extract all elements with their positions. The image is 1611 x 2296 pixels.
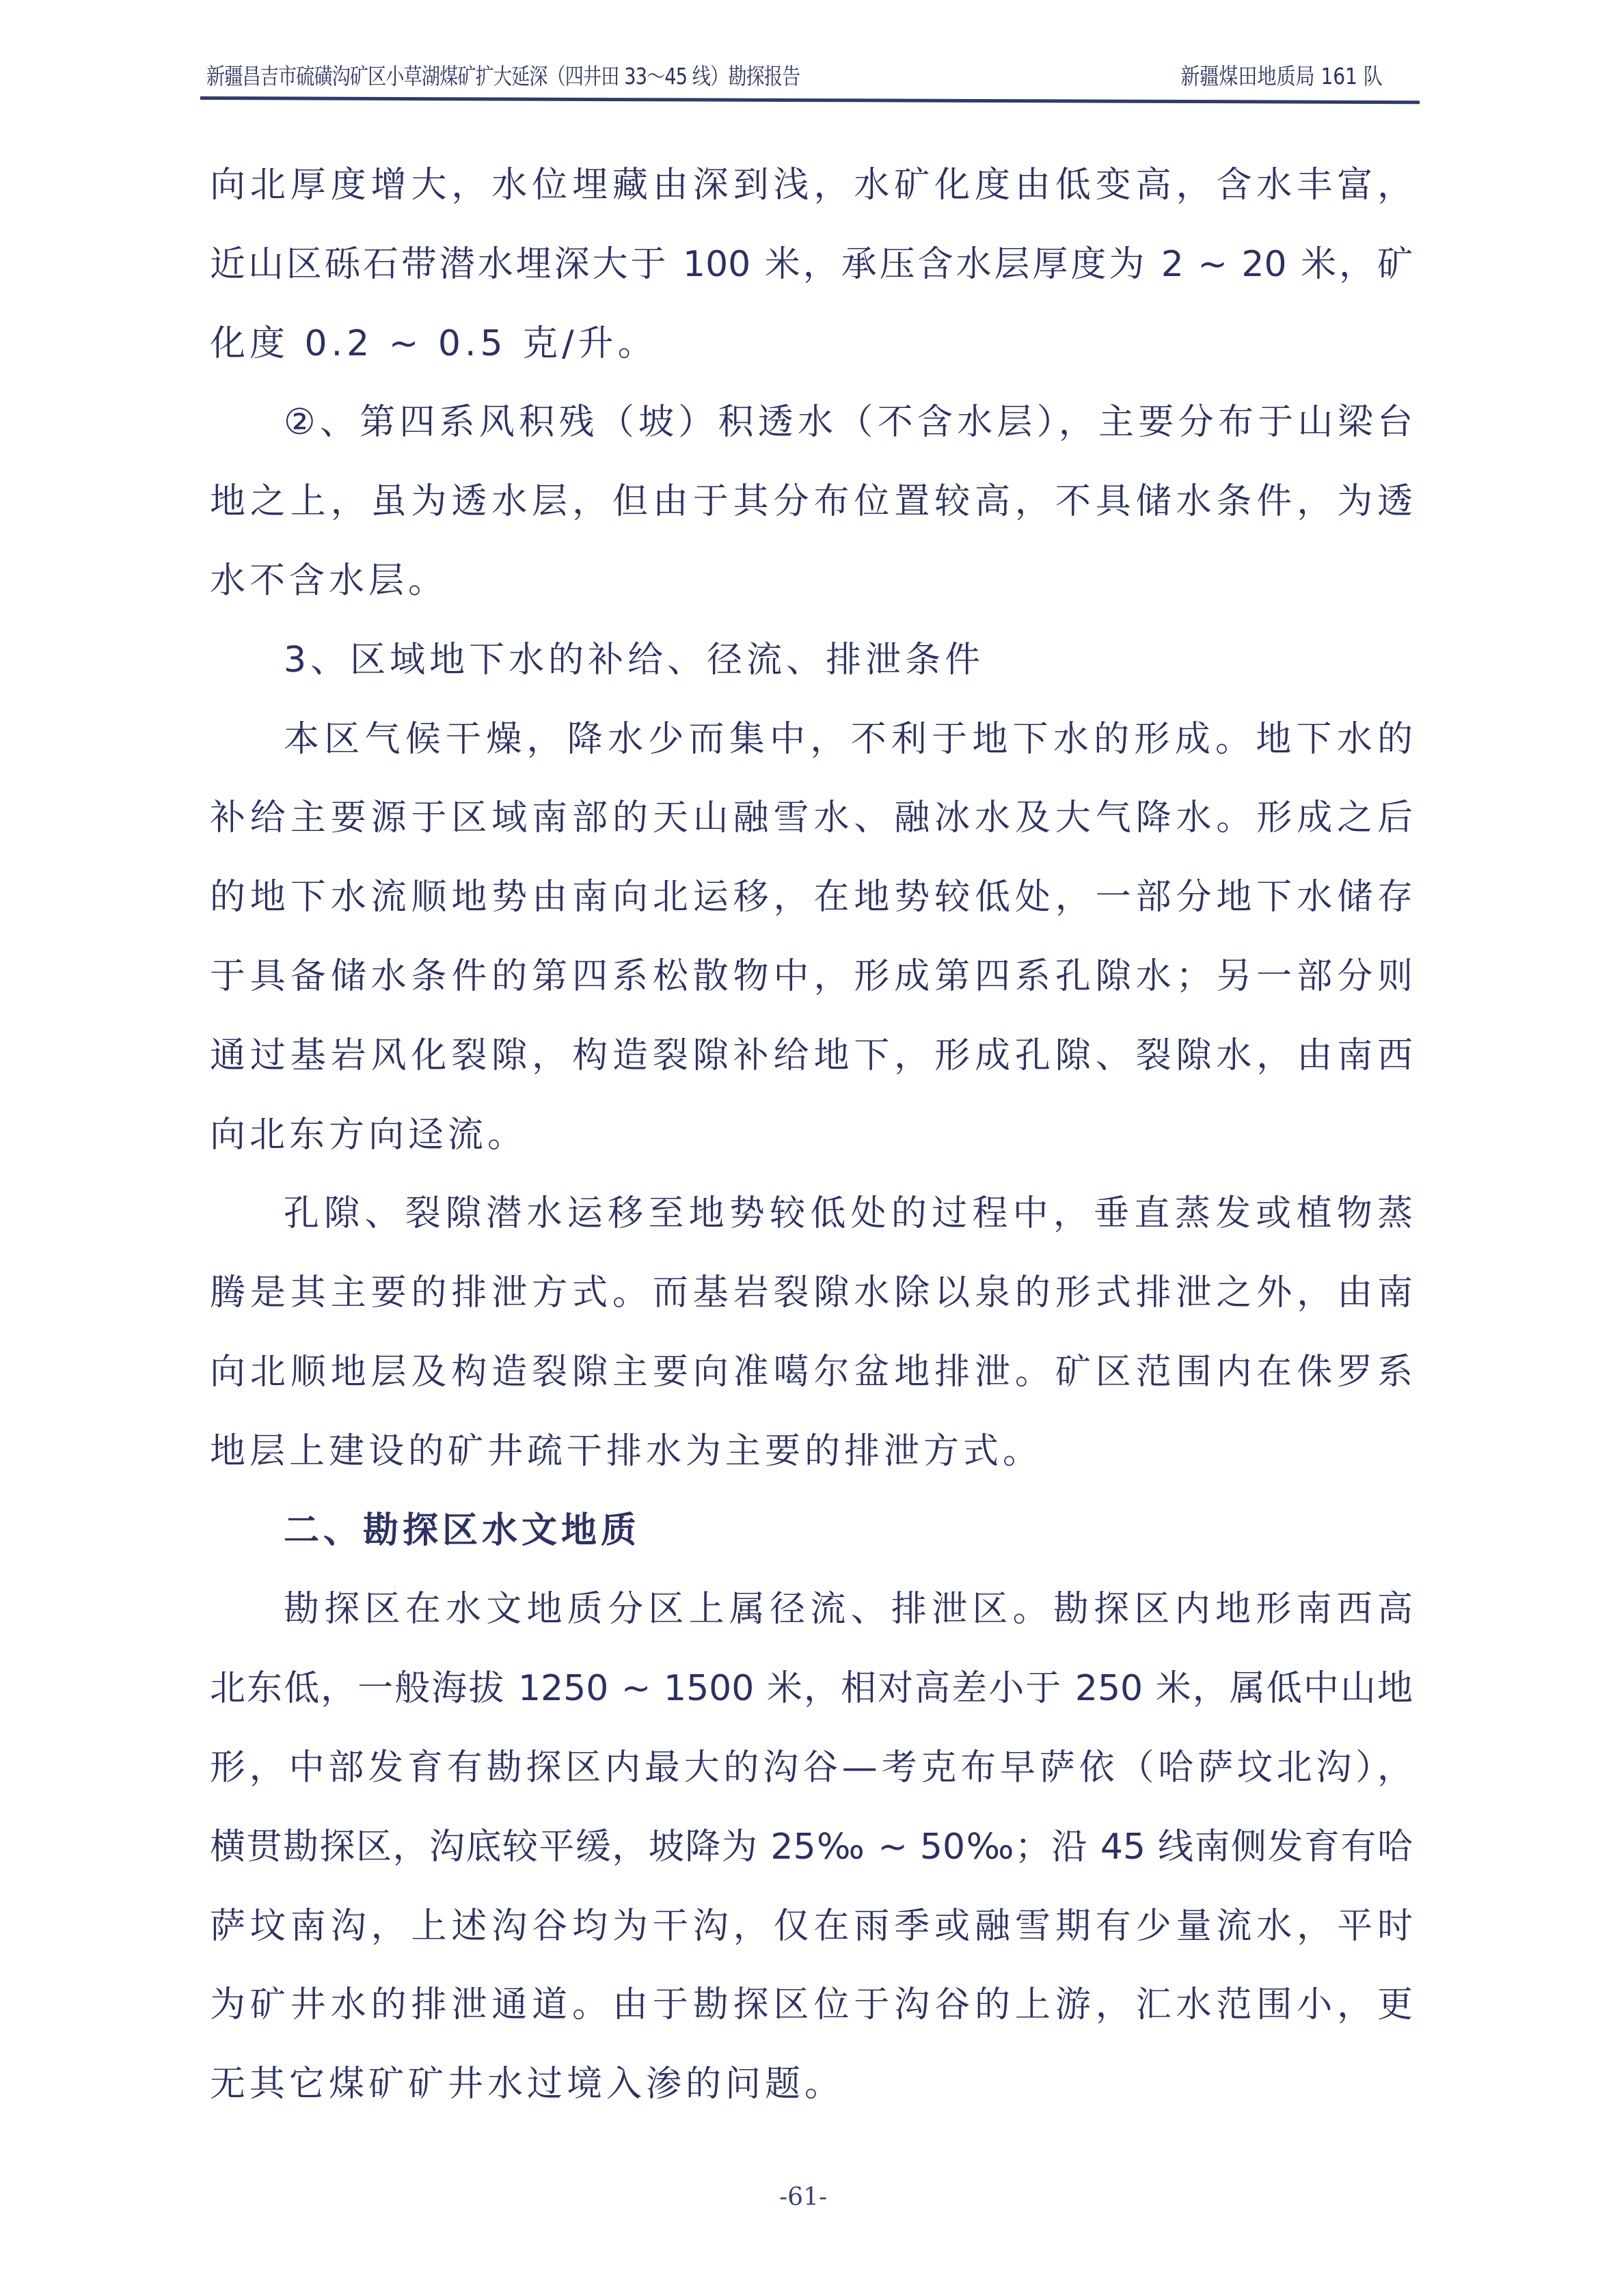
- subsection-heading: 3、区域地下水的补给、径流、排泄条件: [210, 639, 1413, 718]
- text-line: 化度 0.2 ~ 0.5 克/升。: [210, 323, 1413, 402]
- text-line: 横贯勘探区，沟底较平缓，坡降为 25‰ ~ 50‰；沿 45 线南侧发育有哈: [210, 1826, 1413, 1905]
- text-line: 腾是其主要的排泄方式。而基岩裂隙水除以泉的形式排泄之外，由南: [210, 1272, 1413, 1351]
- document-body: 向北厚度增大，水位埋藏由深到浅，水矿化度由低变高，含水丰富， 近山区砾石带潜水埋…: [210, 164, 1413, 2142]
- header-rule: [200, 96, 1420, 104]
- text-line: 补给主要源于区域南部的天山融雪水、融冰水及大气降水。形成之后: [210, 797, 1413, 876]
- text-line: 水不含水层。: [210, 560, 1413, 639]
- text-line: 地层上建设的矿井疏干排水为主要的排泄方式。: [210, 1430, 1413, 1509]
- text-line: 于具备储水条件的第四系松散物中，形成第四系孔隙水；另一部分则: [210, 955, 1413, 1035]
- text-line: 勘探区在水文地质分区上属径流、排泄区。勘探区内地形南西高: [210, 1588, 1413, 1667]
- text-line: 无其它煤矿矿井水过境入渗的问题。: [210, 2063, 1413, 2142]
- text-line: 地之上，虽为透水层，但由于其分布位置较高，不具储水条件，为透: [210, 480, 1413, 560]
- text-line: 向北东方向迳流。: [210, 1114, 1413, 1193]
- text-line: 萨坟南沟，上述沟谷均为干沟，仅在雨季或融雪期有少量流水，平时: [210, 1905, 1413, 1984]
- organization-name: 新疆煤田地质局 161 队: [1180, 63, 1383, 90]
- text-line: 本区气候干燥，降水少而集中，不利于地下水的形成。地下水的: [210, 718, 1413, 797]
- text-line: 为矿井水的排泄通道。由于勘探区位于沟谷的上游，汇水范围小，更: [210, 1984, 1413, 2063]
- section-heading: 二、勘探区水文地质: [210, 1509, 1413, 1589]
- text-line: 向北顺地层及构造裂隙主要向准噶尔盆地排泄。矿区范围内在侏罗系: [210, 1351, 1413, 1430]
- text-line: 的地下水流顺地势由南向北运移，在地势较低处，一部分地下水储存: [210, 876, 1413, 955]
- text-line: 通过基岩风化裂隙，构造裂隙补给地下，形成孔隙、裂隙水，由南西: [210, 1035, 1413, 1114]
- text-line: 向北厚度增大，水位埋藏由深到浅，水矿化度由低变高，含水丰富，: [210, 164, 1413, 243]
- running-header: 新疆昌吉市硫磺沟矿区小草湖煤矿扩大延深（四井田 33～45 线）勘探报告 新疆煤…: [205, 63, 1418, 93]
- text-line: 北东低，一般海拔 1250 ~ 1500 米，相对高差小于 250 米，属低中山…: [210, 1667, 1413, 1747]
- page-number: -61-: [779, 2183, 827, 2211]
- report-title: 新疆昌吉市硫磺沟矿区小草湖煤矿扩大延深（四井田 33～45 线）勘探报告: [206, 63, 800, 90]
- text-line: 孔隙、裂隙潜水运移至地势较低处的过程中，垂直蒸发或植物蒸: [210, 1192, 1413, 1272]
- text-line: ②、第四系风积残（坡）积透水（不含水层），主要分布于山梁台: [210, 401, 1413, 480]
- text-line: 形，中部发育有勘探区内最大的沟谷—考克布早萨依（哈萨坟北沟），: [210, 1747, 1413, 1826]
- text-line: 近山区砾石带潜水埋深大于 100 米，承压含水层厚度为 2 ~ 20 米，矿: [210, 243, 1413, 323]
